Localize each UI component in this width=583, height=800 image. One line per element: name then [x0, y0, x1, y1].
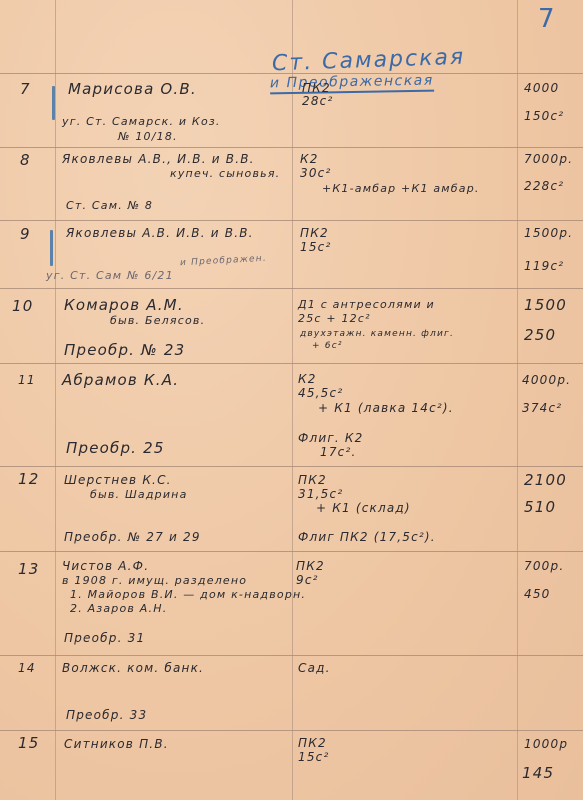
page-number: 7: [538, 4, 555, 34]
lot-area: 374с²: [522, 402, 562, 414]
entry-number: 12: [18, 472, 40, 487]
building-extra: + К1 (лавка 14с²).: [318, 402, 454, 414]
building-type: Д1 с антресолями и: [298, 299, 435, 310]
entry-number: 9: [20, 227, 31, 242]
owner-name: Комаров А.М.: [64, 298, 184, 313]
property-value: 4000р.: [522, 374, 571, 386]
building-extra: + К1 (склад): [316, 502, 411, 514]
owner-note: в 1908 г. имущ. разделено: [62, 575, 247, 586]
entry-number: 10: [12, 299, 34, 314]
row-rule: [0, 147, 583, 148]
address: Преобр. № 23: [64, 343, 185, 358]
address: Преобр. № 27 и 29: [64, 531, 201, 543]
entry-number: 8: [20, 153, 31, 168]
owner-note: быв. Белясов.: [110, 315, 205, 326]
building-type: К2: [298, 373, 317, 385]
property-value: 700р.: [524, 560, 564, 572]
outbuilding: Флиг. К2: [298, 432, 364, 444]
column-rule-value: [517, 0, 518, 800]
owner-name: Волжск. ком. банк.: [62, 662, 204, 674]
address-number: № 10/18.: [118, 131, 178, 142]
building-type: ПК2: [298, 474, 327, 486]
property-value: 4000: [524, 82, 559, 94]
row-rule: [0, 730, 583, 731]
owner-note: быв. Шадрина: [90, 489, 188, 500]
owner-note: купеч. сыновья.: [170, 168, 280, 179]
building-extra: двухэтажн. каменн. флиг.: [300, 330, 454, 339]
property-value: 7000р.: [524, 153, 573, 165]
building-area: 45,5с²: [298, 387, 343, 399]
building-area: 31,5с²: [298, 488, 343, 500]
entry-number: 13: [18, 562, 40, 577]
street-heading: Ст. Самарская: [272, 45, 466, 77]
building-area: 28с²: [302, 95, 333, 107]
outbuilding: Флиг ПК2 (17,5с²).: [298, 531, 436, 543]
owner-name: Шерстнев К.С.: [64, 474, 172, 486]
row-rule: [0, 551, 583, 552]
lot-area: 250: [524, 328, 556, 343]
row-rule: [0, 363, 583, 364]
address: Преобр. 25: [66, 441, 165, 456]
property-value: 1500р.: [524, 227, 573, 239]
property-value: 1000р: [524, 738, 568, 750]
building-type: Сад.: [298, 662, 331, 674]
building-type: ПК2: [300, 227, 329, 239]
row-rule: [0, 655, 583, 656]
blue-margin-mark: [50, 230, 53, 266]
owner-name: Марисова О.В.: [68, 82, 197, 97]
building-extra: +К1-амбар +К1 амбар.: [322, 183, 480, 194]
building-area: 9с²: [296, 574, 319, 586]
split-owner-1: 1. Майоров В.И. — дом к-надворн.: [70, 589, 306, 600]
column-rule-owner: [292, 0, 293, 800]
lot-area: 450: [524, 588, 551, 600]
entry-number: 7: [20, 82, 31, 97]
building-extra-area: + 6с²: [312, 342, 343, 351]
lot-area: 510: [524, 500, 556, 515]
building-area: 15с²: [300, 241, 331, 253]
owner-name: Яковлевы А.В. И.В. и В.В.: [66, 227, 254, 239]
row-rule: [0, 288, 583, 289]
lot-area: 119с²: [524, 260, 564, 272]
blue-margin-mark: [52, 86, 55, 120]
entry-number: 15: [18, 736, 40, 751]
address: уг. Ст. Самарск. и Коз.: [62, 116, 221, 127]
outbuilding-area: 17с².: [320, 446, 357, 458]
address: Ст. Сам. № 8: [66, 200, 153, 211]
entry-number: 11: [18, 374, 36, 386]
lot-area: 145: [522, 766, 554, 781]
building-type: ПК2: [296, 560, 325, 572]
split-owner-2: 2. Азаров А.Н.: [70, 603, 167, 614]
lot-area: 228с²: [524, 180, 564, 192]
address: Преобр. 31: [64, 632, 145, 644]
building-area: 25с + 12с²: [298, 313, 371, 324]
property-value: 2100: [524, 473, 567, 488]
building-area: 15с²: [298, 751, 329, 763]
row-rule: [0, 220, 583, 221]
row-rule: [0, 466, 583, 467]
owner-name: Ситников П.В.: [64, 738, 169, 750]
owner-name: Яковлевы А.В., И.В. и В.В.: [62, 153, 255, 165]
building-type: К2: [300, 153, 319, 165]
street-subheading: и Преображенская: [270, 73, 434, 95]
address: уг. Ст. Сам № 6/21: [46, 270, 174, 281]
address-note: и Преображен.: [180, 255, 267, 269]
building-area: 30с²: [300, 167, 331, 179]
address: Преобр. 33: [66, 709, 147, 721]
lot-area: 150с²: [524, 110, 564, 122]
column-rule-number: [55, 0, 56, 800]
owner-name: Чистов А.Ф.: [62, 560, 149, 572]
entry-number: 14: [18, 662, 36, 674]
owner-name: Абрамов К.А.: [62, 373, 179, 388]
property-value: 1500: [524, 298, 567, 313]
building-type: ПК2: [302, 82, 331, 94]
building-type: ПК2: [298, 737, 327, 749]
